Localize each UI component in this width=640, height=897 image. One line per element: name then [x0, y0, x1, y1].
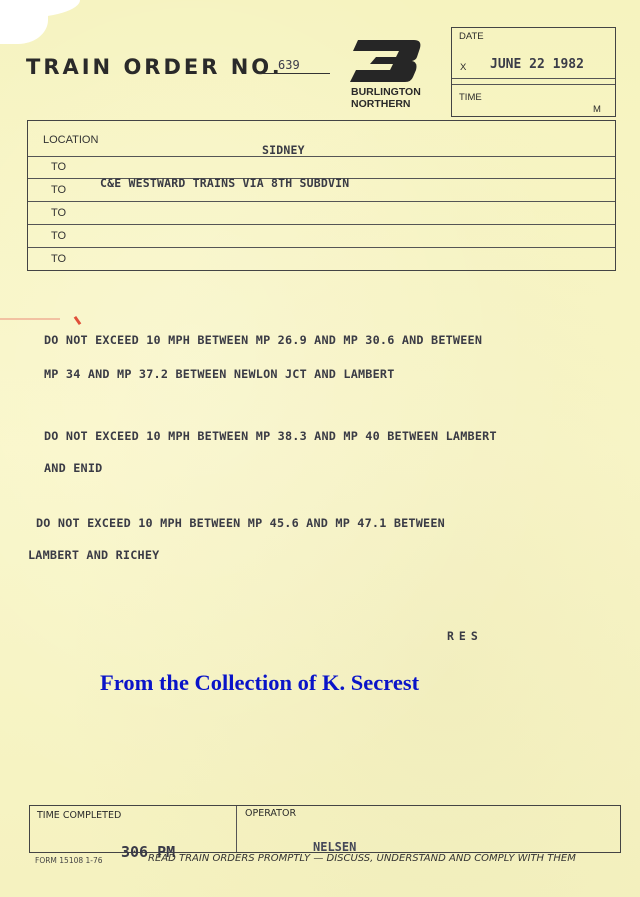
time-label: TIME [459, 92, 482, 103]
location-box [27, 120, 616, 271]
location-value: SIDNEY [262, 143, 305, 157]
date-time-divider [452, 84, 615, 85]
to-label-4: TO [51, 230, 66, 242]
ink-smudge [0, 318, 60, 320]
dispatcher-signature: RES [447, 629, 483, 643]
to-value-2: C&E WESTWARD TRAINS VIA 8TH SUBDVIN [100, 176, 349, 190]
location-label: LOCATION [43, 134, 98, 146]
date-x-label: X [460, 62, 466, 73]
row-divider [28, 156, 615, 157]
meridiem-label: M [593, 104, 601, 115]
to-label-2: TO [51, 184, 66, 196]
order-line: AND ENID [44, 461, 102, 475]
operator-label: OPERATOR [245, 808, 296, 819]
burlington-northern-logo-icon [350, 40, 422, 82]
logo-line-1: BURLINGTON [351, 86, 421, 98]
logo-line-2: NORTHERN [351, 98, 421, 110]
order-number-underline [258, 73, 330, 74]
order-line: DO NOT EXCEED 10 MPH BETWEEN MP 38.3 AND… [44, 429, 497, 443]
footer-instruction: READ TRAIN ORDERS PROMPTLY — DISCUSS, UN… [148, 853, 576, 864]
order-line: DO NOT EXCEED 10 MPH BETWEEN MP 45.6 AND… [36, 516, 445, 530]
to-label-5: TO [51, 253, 66, 265]
order-number: 639 [278, 58, 300, 72]
operator-name: NELSEN [313, 840, 356, 854]
row-divider [28, 247, 615, 248]
logo-wordmark: BURLINGTON NORTHERN [351, 86, 421, 110]
row-divider [28, 224, 615, 225]
to-label-3: TO [51, 207, 66, 219]
form-title: TRAIN ORDER NO. [26, 55, 283, 79]
collection-watermark: From the Collection of K. Secrest [100, 670, 419, 696]
date-underline [452, 78, 615, 79]
time-completed-label: TIME COMPLETED [37, 810, 121, 821]
completion-divider [236, 806, 237, 852]
form-number: FORM 15108 1-76 [35, 856, 103, 865]
order-line: DO NOT EXCEED 10 MPH BETWEEN MP 26.9 AND… [44, 333, 482, 347]
order-line: MP 34 AND MP 37.2 BETWEEN NEWLON JCT AND… [44, 367, 395, 381]
to-label-1: TO [51, 161, 66, 173]
order-line: LAMBERT AND RICHEY [28, 548, 159, 562]
date-value: JUNE 22 1982 [490, 57, 584, 72]
date-label: DATE [459, 31, 484, 42]
row-divider [28, 201, 615, 202]
